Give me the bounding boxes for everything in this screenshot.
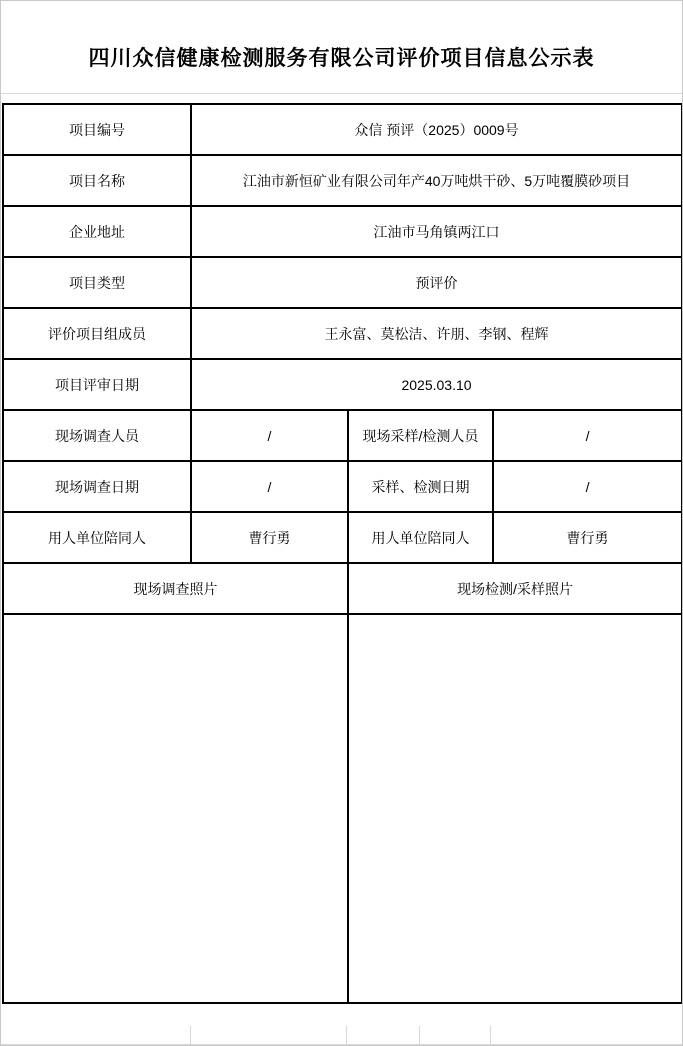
row-project-number: 项目编号 众信 预评（2025）0009号 xyxy=(3,104,682,155)
row-company-address: 企业地址 江油市马角镇两江口 xyxy=(3,206,682,257)
value-team-members: 王永富、莫松洁、许朋、李钢、程辉 xyxy=(191,308,682,359)
row-project-name: 项目名称 江油市新恒矿业有限公司年产40万吨烘干砂、5万吨覆膜砂项目 xyxy=(3,155,682,206)
value-site-survey-staff: / xyxy=(191,410,348,461)
gridline-below-table xyxy=(490,1026,491,1044)
label-site-survey-date: 现场调查日期 xyxy=(3,461,191,512)
row-photo-area xyxy=(3,614,682,1003)
value-company-address: 江油市马角镇两江口 xyxy=(191,206,682,257)
label-employer-escort-left: 用人单位陪同人 xyxy=(3,512,191,563)
value-project-type: 预评价 xyxy=(191,257,682,308)
row-employer-escort: 用人单位陪同人 曹行勇 用人单位陪同人 曹行勇 xyxy=(3,512,682,563)
survey-photo-area xyxy=(3,614,348,1003)
label-sampling-date: 采样、检测日期 xyxy=(348,461,493,512)
gridline-bottom xyxy=(0,1044,683,1045)
value-sampling-staff: / xyxy=(493,410,682,461)
label-review-date: 项目评审日期 xyxy=(3,359,191,410)
value-sampling-date: / xyxy=(493,461,682,512)
header-survey-photos: 现场调查照片 xyxy=(3,563,348,614)
header-sampling-photos: 现场检测/采样照片 xyxy=(348,563,682,614)
row-survey-sampling-date: 现场调查日期 / 采样、检测日期 / xyxy=(3,461,682,512)
gridline-below-table xyxy=(346,1026,347,1044)
gridline-below-table xyxy=(419,1026,420,1044)
label-sampling-staff: 现场采样/检测人员 xyxy=(348,410,493,461)
value-review-date: 2025.03.10 xyxy=(191,359,682,410)
value-employer-escort-left: 曹行勇 xyxy=(191,512,348,563)
label-project-type: 项目类型 xyxy=(3,257,191,308)
label-employer-escort-right: 用人单位陪同人 xyxy=(348,512,493,563)
label-project-name: 项目名称 xyxy=(3,155,191,206)
value-project-number: 众信 预评（2025）0009号 xyxy=(191,104,682,155)
page-title: 四川众信健康检测服务有限公司评价项目信息公示表 xyxy=(0,42,683,72)
value-project-name: 江油市新恒矿业有限公司年产40万吨烘干砂、5万吨覆膜砂项目 xyxy=(191,155,682,206)
row-team-members: 评价项目组成员 王永富、莫松洁、许朋、李钢、程辉 xyxy=(3,308,682,359)
row-review-date: 项目评审日期 2025.03.10 xyxy=(3,359,682,410)
label-company-address: 企业地址 xyxy=(3,206,191,257)
label-team-members: 评价项目组成员 xyxy=(3,308,191,359)
label-site-survey-staff: 现场调查人员 xyxy=(3,410,191,461)
row-photo-headers: 现场调查照片 现场检测/采样照片 xyxy=(3,563,682,614)
info-table: 项目编号 众信 预评（2025）0009号 项目名称 江油市新恒矿业有限公司年产… xyxy=(2,103,683,1004)
label-project-number: 项目编号 xyxy=(3,104,191,155)
sampling-photo-area xyxy=(348,614,682,1003)
gridline-above-table xyxy=(0,93,683,94)
value-site-survey-date: / xyxy=(191,461,348,512)
row-survey-sampling-staff: 现场调查人员 / 现场采样/检测人员 / xyxy=(3,410,682,461)
row-project-type: 项目类型 预评价 xyxy=(3,257,682,308)
value-employer-escort-right: 曹行勇 xyxy=(493,512,682,563)
gridline-below-table xyxy=(190,1026,191,1044)
